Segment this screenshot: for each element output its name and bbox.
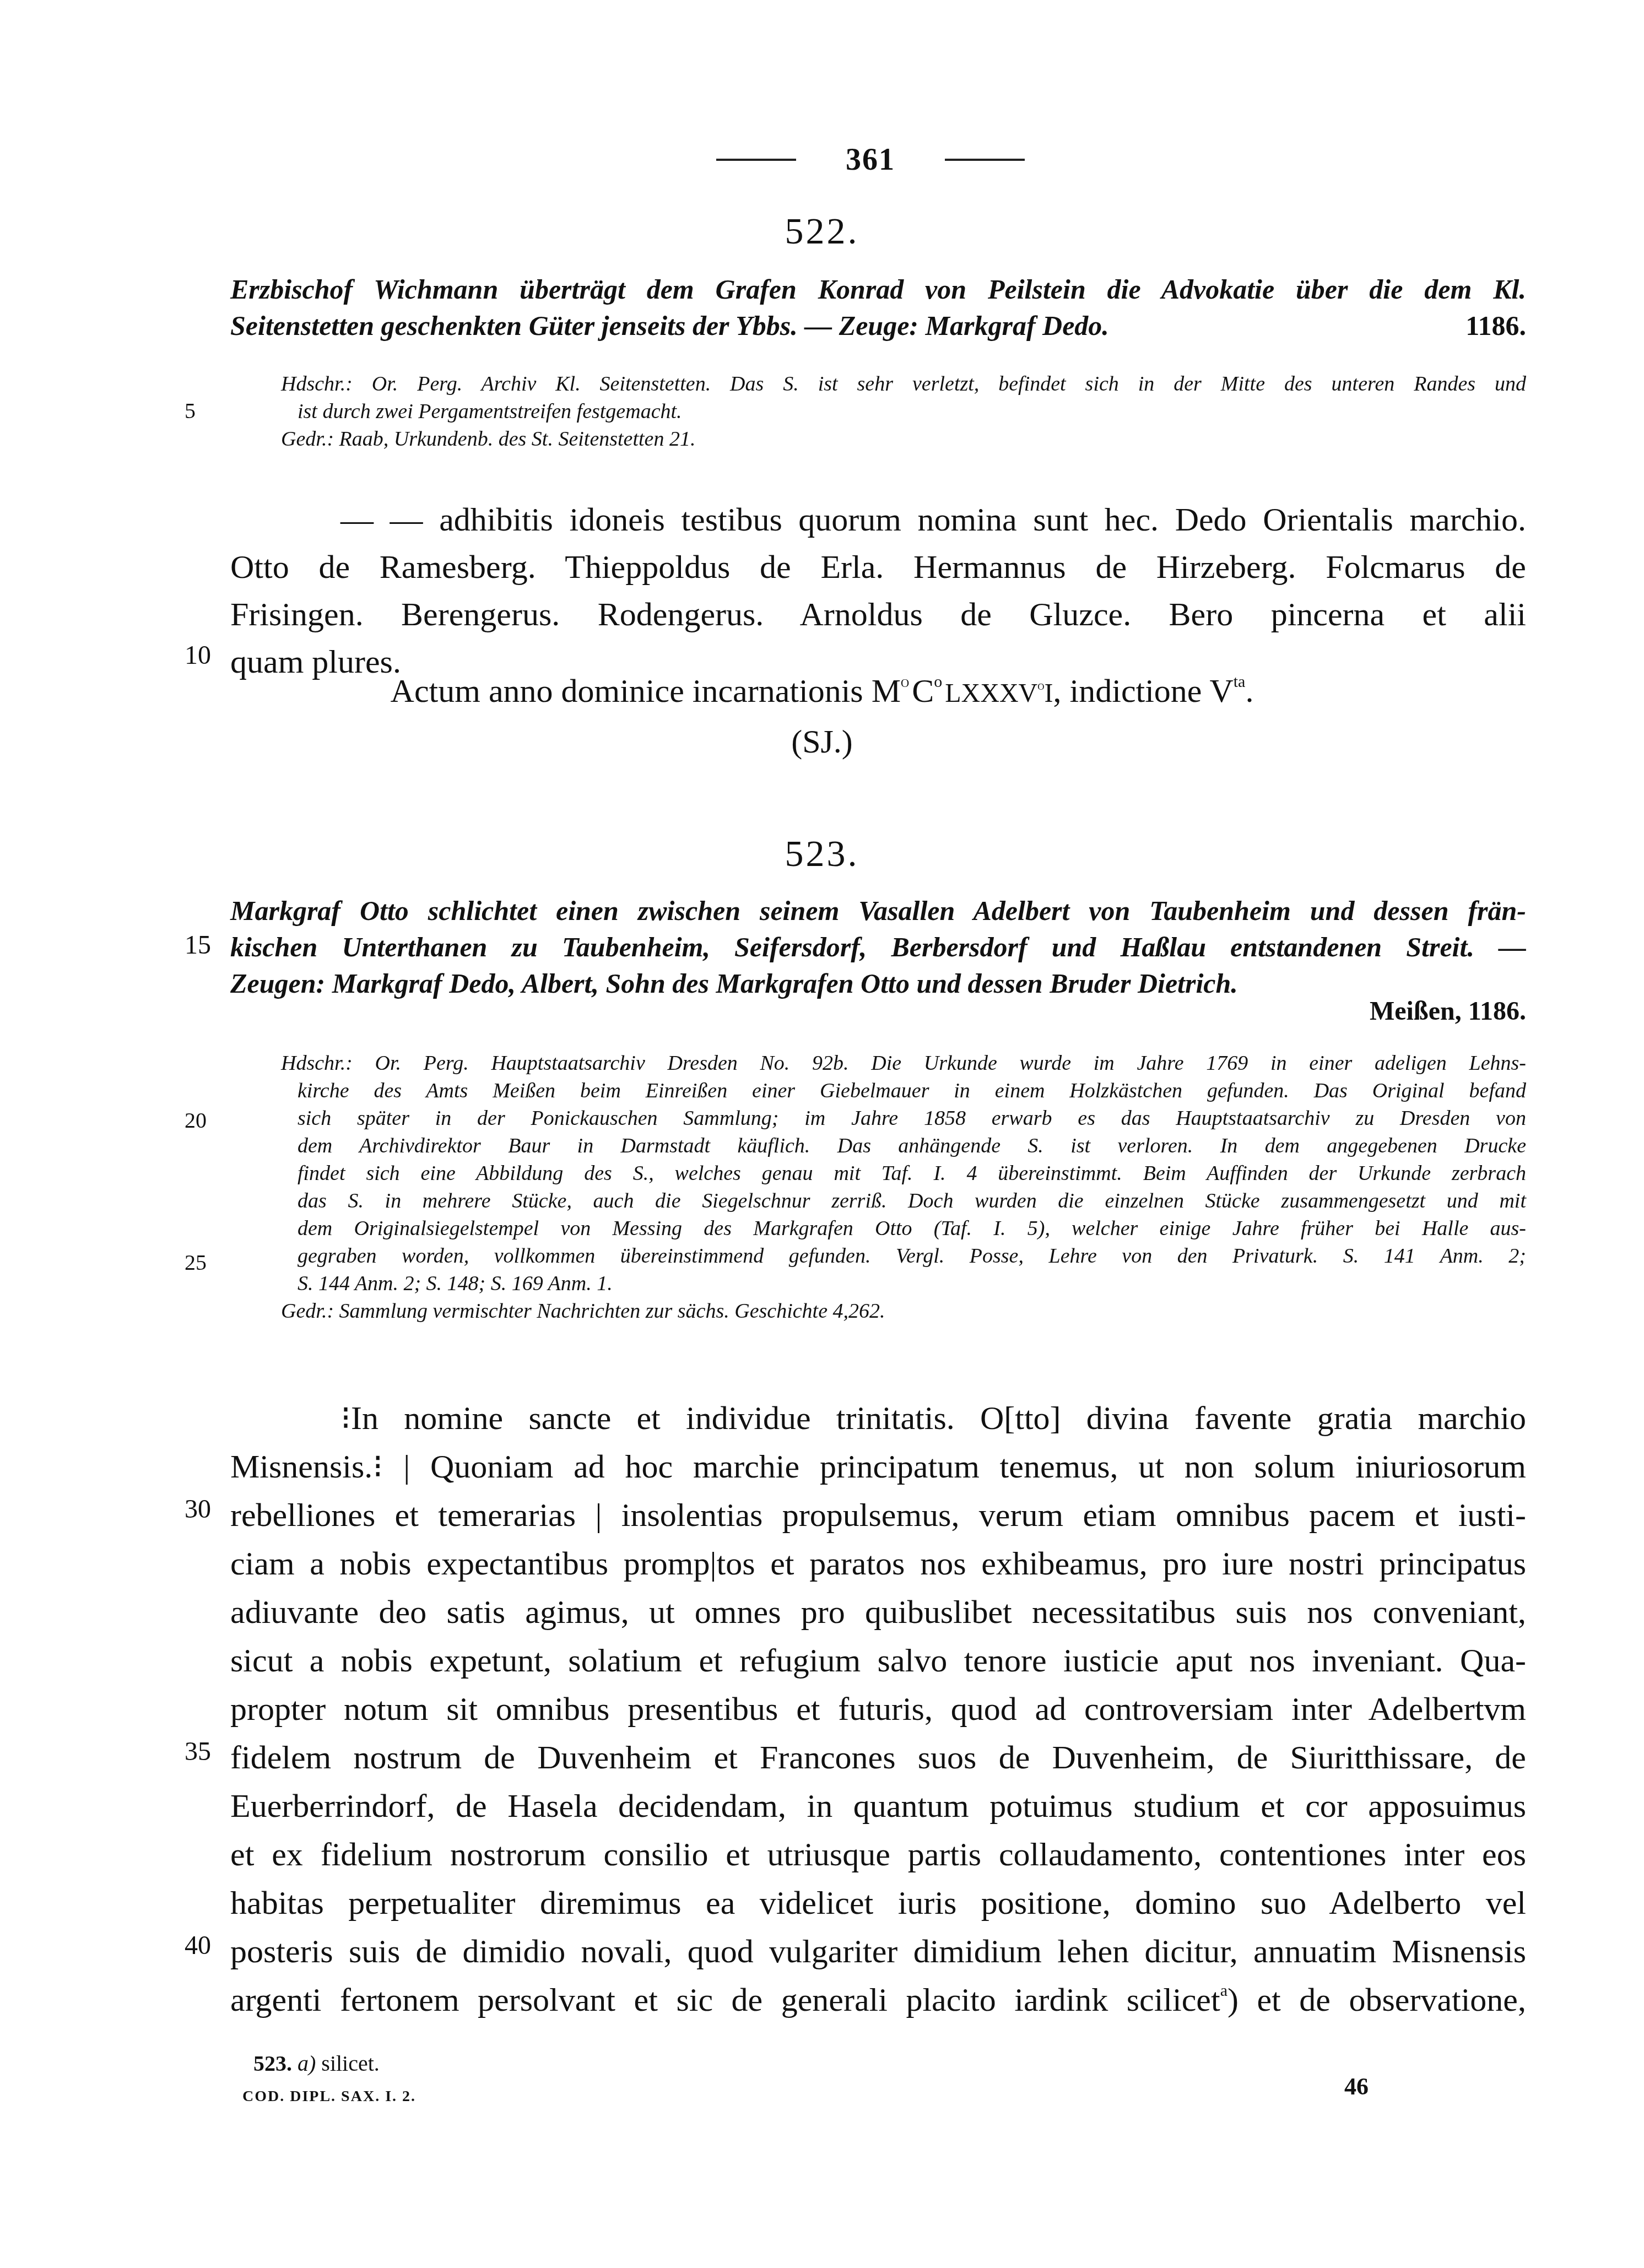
text-segment: ) et de observatione, <box>1227 1982 1526 2018</box>
actum-end: . <box>1245 673 1253 709</box>
line-number-15: 15 <box>185 930 218 960</box>
text-line: Otto de Ramesberg. Thieppoldus de Erla. … <box>230 543 1526 591</box>
regest-date: Meißen, 1186. <box>1370 996 1526 1026</box>
sheet-signature: COD. DIPL. SAX. I. 2. <box>242 2088 416 2105</box>
footnote-marker[interactable]: a <box>1220 1982 1227 2000</box>
document-number-522: 522. <box>0 209 1644 253</box>
document-number-523: 523. <box>0 832 1644 875</box>
text-line: fidelem nostrum de Duvenheim et Francone… <box>230 1733 1526 1782</box>
notes-522: Hdschr.: Or. Perg. Archiv Kl. Seitenstet… <box>281 370 1526 453</box>
rule-right <box>945 159 1025 161</box>
actum-text: , indictione <box>1053 673 1210 709</box>
note-line: kirche des Amts Meißen beim Einreißen ei… <box>281 1077 1526 1105</box>
notes-523: Hdschr.: Or. Perg. Hauptstaatsarchiv Dre… <box>281 1049 1526 1325</box>
regest-line: Zeugen: Markgraf Dedo, Albert, Sohn des … <box>230 965 1526 1002</box>
text-line: Misnensis.⁝ | Quoniam ad hoc marchie pri… <box>230 1442 1526 1491</box>
line-number-20: 20 <box>185 1107 218 1133</box>
footnote: 523. a) silicet. <box>253 2050 380 2076</box>
text-line: argenti fertonem persolvant et sic de ge… <box>230 1975 1526 2024</box>
note-line: sich später in der Ponickauschen Sammlun… <box>281 1105 1526 1132</box>
regest-line: Erzbischof Wichmann überträgt dem Grafen… <box>230 271 1526 307</box>
text-line: propter notum sit omnibus presentibus et… <box>230 1685 1526 1733</box>
editor-signature: (SJ.) <box>0 723 1644 761</box>
indiction-number: Vta <box>1209 673 1245 709</box>
note-line: gegraben worden, vollkommen übereinstimm… <box>281 1242 1526 1270</box>
text-line: ⁝In nomine sancte et individue trinitati… <box>230 1394 1526 1442</box>
text-line: — — adhibitis idoneis testibus quorum no… <box>230 496 1526 543</box>
roman-lxxxvi: LXXXVoI <box>945 679 1053 708</box>
text-line: habitas perpetualiter diremimus ea videl… <box>230 1879 1526 1927</box>
text-line: sicut a nobis expetunt, solatium et refu… <box>230 1636 1526 1685</box>
text-line: adiuvante deo satis agimus, ut omnes pro… <box>230 1588 1526 1636</box>
text-line: et ex fidelium nostrorum consilio et utr… <box>230 1830 1526 1879</box>
note-line: findet sich eine Abbildung des S., welch… <box>281 1160 1526 1187</box>
line-number-5: 5 <box>185 398 218 424</box>
note-line: das S. in mehrere Stücke, auch die Siege… <box>281 1187 1526 1215</box>
running-head: 361 <box>716 140 1025 179</box>
actum-text: Actum anno dominice incarnationis <box>391 673 872 709</box>
regest-line: kischen Unterthanen zu Taubenheim, Seife… <box>230 929 1526 965</box>
regest-date: 1186. <box>1465 307 1526 344</box>
note-line: Hdschr.: Or. Perg. Hauptstaatsarchiv Dre… <box>281 1049 1526 1077</box>
note-line: S. 144 Anm. 2; S. 148; S. 169 Anm. 1. <box>281 1270 1526 1297</box>
regest-522: Erzbischof Wichmann überträgt dem Grafen… <box>230 271 1526 344</box>
note-line: dem Originalsiegelstempel von Messing de… <box>281 1215 1526 1242</box>
text-segment: argenti fertonem persolvant et sic de ge… <box>230 1982 1220 2018</box>
regest-523: Markgraf Otto schlichtet einen zwischen … <box>230 892 1526 1002</box>
actum-line: Actum anno dominice incarnationis Mo Co … <box>0 672 1644 710</box>
regest-line: Markgraf Otto schlichtet einen zwischen … <box>230 892 1526 929</box>
rule-left <box>716 159 796 161</box>
line-number-40: 40 <box>185 1930 218 1961</box>
footnote-marker-label: a) <box>298 2051 316 2076</box>
text-line: ciam a nobis expectantibus promp|tos et … <box>230 1539 1526 1588</box>
note-line: Gedr.: Sammlung vermischter Nachrichten … <box>281 1297 1526 1325</box>
note-line: dem Archivdirektor Baur in Darmstadt käu… <box>281 1132 1526 1160</box>
roman-m: Mo <box>872 673 910 709</box>
text-line: rebelliones et temerarias | insolentias … <box>230 1491 1526 1539</box>
roman-c: Co <box>912 673 942 709</box>
footnote-doc-number: 523. <box>253 2051 292 2076</box>
page-number: 361 <box>846 142 895 177</box>
note-line: ist durch zwei Pergamentstreifen festgem… <box>281 398 1526 425</box>
document-page: 361 522. Erzbischof Wichmann überträgt d… <box>0 0 1644 2268</box>
note-line: Gedr.: Raab, Urkundenb. des St. Seitenst… <box>281 425 1526 453</box>
line-number-10: 10 <box>185 640 218 670</box>
text-line: Frisingen. Berengerus. Rodengerus. Arnol… <box>230 591 1526 638</box>
note-line: Hdschr.: Or. Perg. Archiv Kl. Seitenstet… <box>281 370 1526 398</box>
line-number-35: 35 <box>185 1736 218 1767</box>
line-number-30: 30 <box>185 1494 218 1524</box>
regest-text: Seitenstetten geschenkten Güter jenseits… <box>230 310 1109 341</box>
text-line: Euerberrindorf, de Hasela decidendam, in… <box>230 1782 1526 1830</box>
sheet-number: 46 <box>1344 2072 1369 2101</box>
footnote-text: silicet. <box>321 2051 380 2076</box>
regest-line: Seitenstetten geschenkten Güter jenseits… <box>230 307 1526 344</box>
text-line: posteris suis de dimidio novali, quod vu… <box>230 1927 1526 1975</box>
text-522: — — adhibitis idoneis testibus quorum no… <box>230 496 1526 685</box>
text-523: ⁝In nomine sancte et individue trinitati… <box>230 1394 1526 2024</box>
line-number-25: 25 <box>185 1249 218 1275</box>
